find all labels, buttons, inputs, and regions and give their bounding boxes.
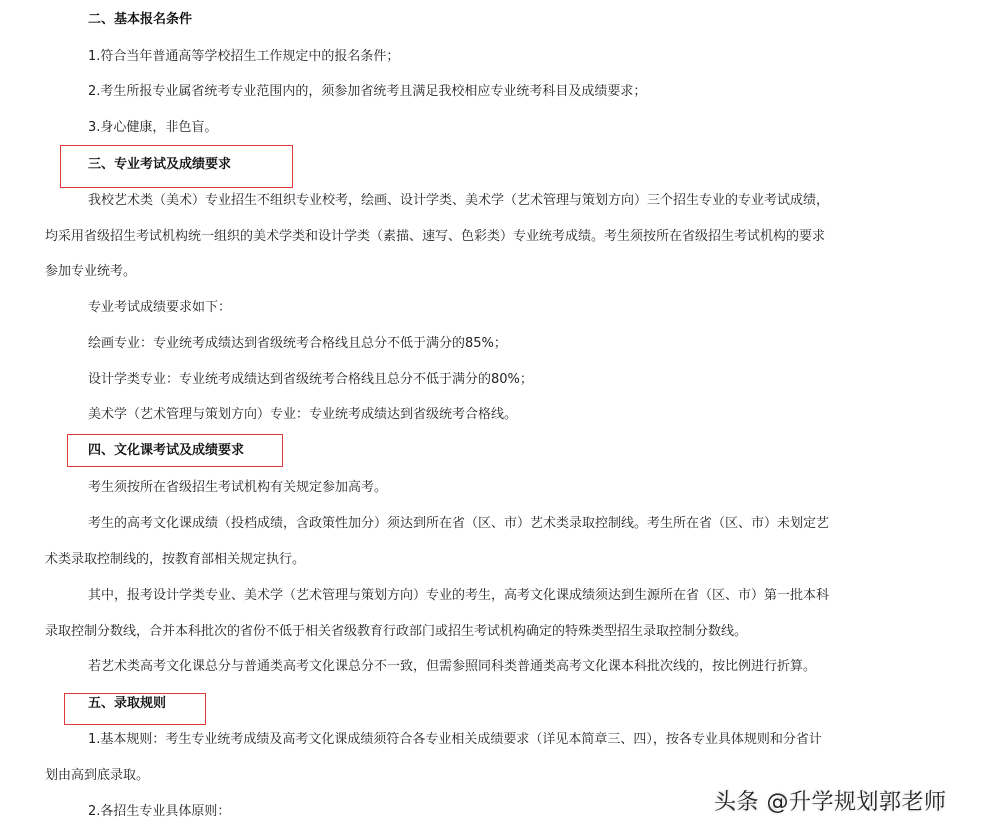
paragraph-line: 其中，报考设计学类专业、美术学（艺术管理与策划方向）专业的考生，高考文化课成绩须… [88,587,829,605]
paragraph-line: 考生须按所在省级招生考试机构有关规定参加高考。 [88,479,387,497]
paragraph-line: 我校艺术类（美术）专业招生不组织专业校考，绘画、设计学类、美术学（艺术管理与策划… [88,192,829,210]
section-heading-basic-requirements: 二、基本报名条件 [88,11,192,29]
paragraph-line: 参加专业统考。 [45,263,136,281]
paragraph-line: 2.各招生专业具体原则： [88,803,230,821]
paragraph-line: 划由高到底录取。 [45,767,149,785]
paragraph-line: 术类录取控制线的，按教育部相关规定执行。 [45,551,305,569]
list-item: 2.考生所报专业属省统考专业范围内的，须参加省统考且满足我校相应专业统考科目及成… [88,83,646,101]
section-heading-professional-exam: 三、专业考试及成绩要求 [88,156,231,174]
paragraph-line: 若艺术类高考文化课总分与普通类高考文化课总分不一致，但需参照同科类普通类高考文化… [88,658,816,676]
paragraph-line: 均采用省级招生考试机构统一组织的美术学类和设计学类（素描、速写、色彩类）专业统考… [45,228,825,246]
paragraph-line: 专业考试成绩要求如下： [88,299,231,317]
watermark: 头条 @升学规划郭老师 [714,789,947,817]
paragraph-line: 考生的高考文化课成绩（投档成绩，含政策性加分）须达到所在省（区、市）艺术类录取控… [88,515,829,533]
requirement-item-painting: 绘画专业：专业统考成绩达到省级统考合格线且总分不低于满分的85%； [88,335,507,353]
paragraph-line: 1.基本规则：考生专业统考成绩及高考文化课成绩须符合各专业相关成绩要求（详见本简… [88,731,822,749]
requirement-item-fine-arts: 美术学（艺术管理与策划方向）专业：专业统考成绩达到省级统考合格线。 [88,406,517,424]
paragraph-line: 录取控制分数线，合并本科批次的省份不低于相关省级教育行政部门或招生考试机构确定的… [45,623,747,641]
list-item: 1.符合当年普通高等学校招生工作规定中的报名条件； [88,48,399,66]
requirement-item-design: 设计学类专业：专业统考成绩达到省级统考合格线且总分不低于满分的80%； [88,371,533,389]
document-page: 二、基本报名条件 1.符合当年普通高等学校招生工作规定中的报名条件； 2.考生所… [0,0,994,838]
section-heading-admission-rules: 五、录取规则 [88,695,166,713]
list-item: 3.身心健康，非色盲。 [88,119,217,137]
section-heading-culture-exam: 四、文化课考试及成绩要求 [88,442,244,460]
